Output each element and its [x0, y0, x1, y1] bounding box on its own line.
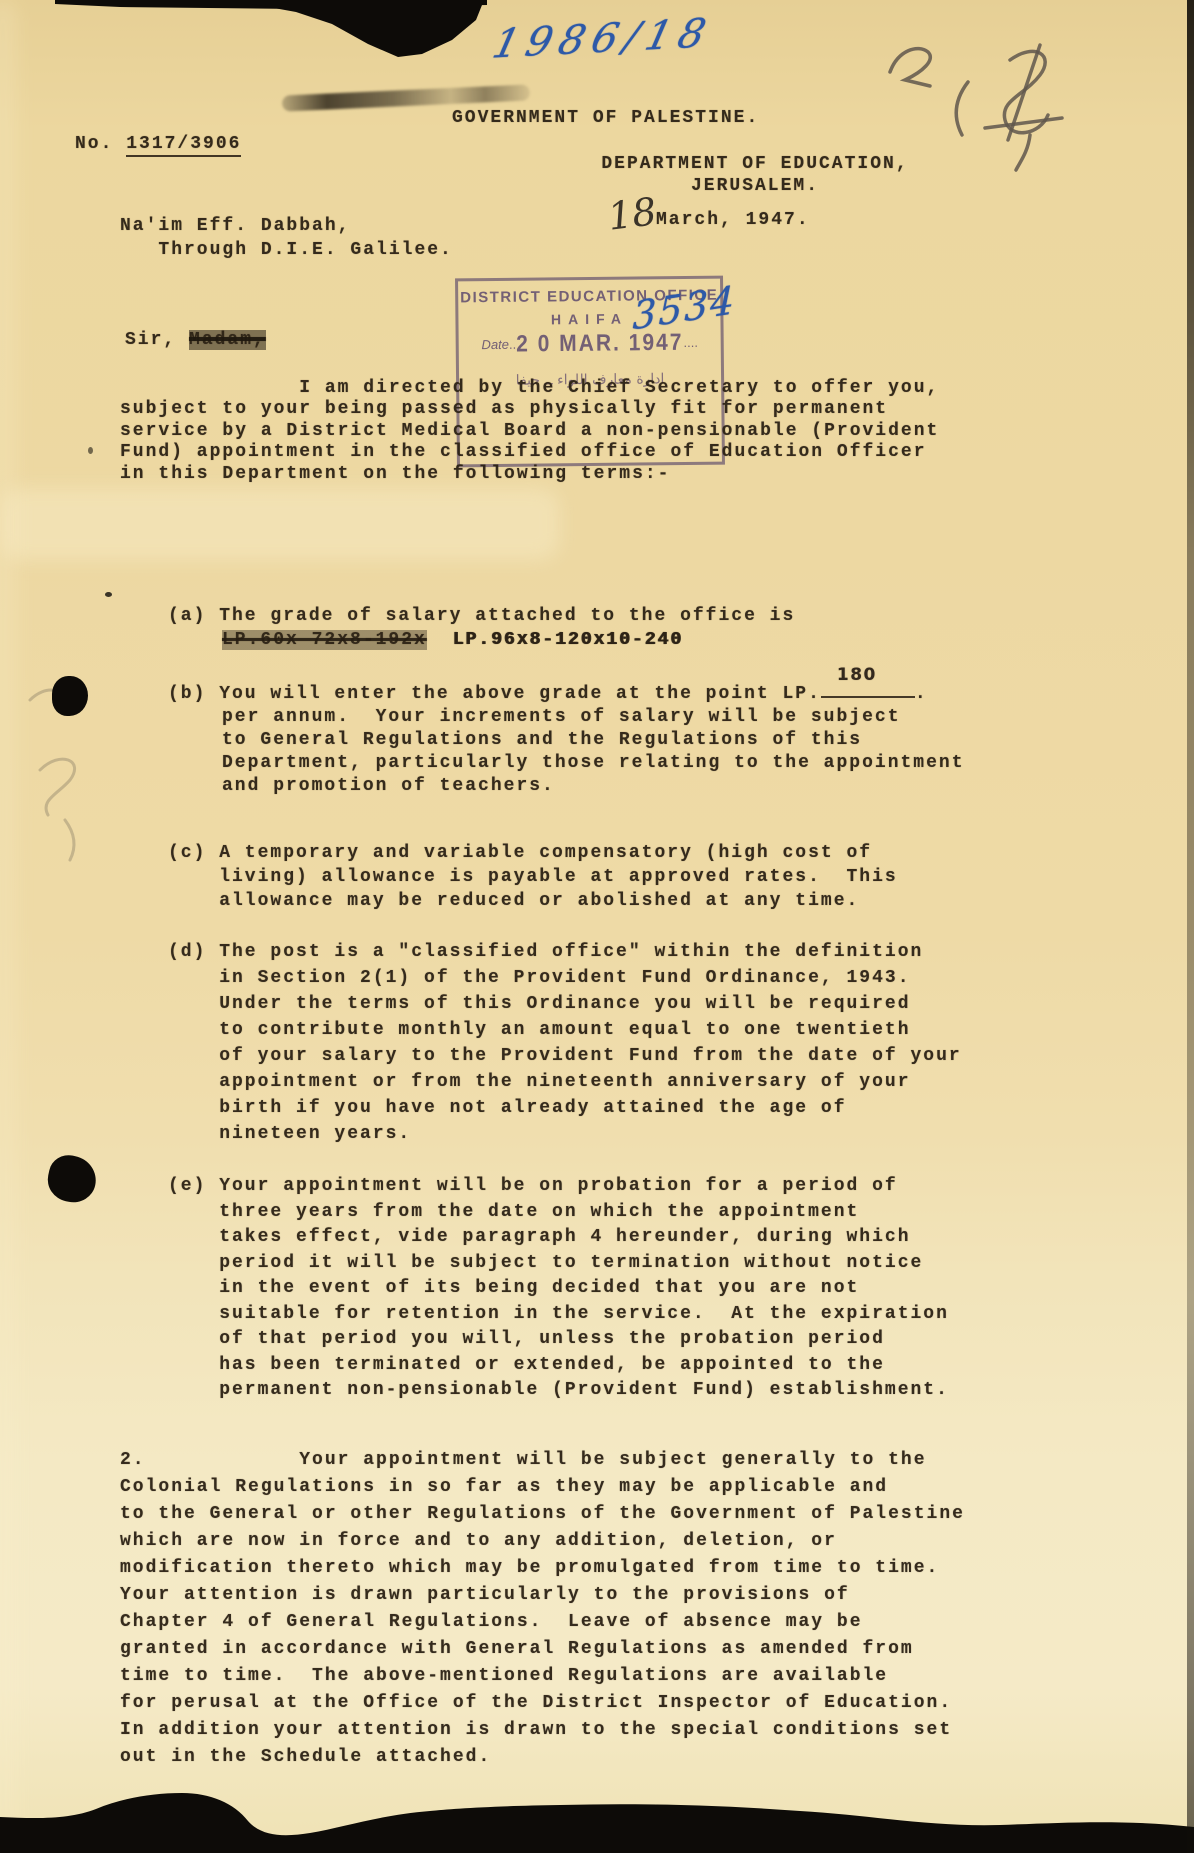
paper-light-band — [0, 488, 560, 560]
handwritten-file-number: 1986/18 — [488, 10, 717, 67]
ink-speck-1 — [105, 592, 112, 597]
term-b: (b) You will enter the above grade at th… — [168, 682, 965, 798]
stamp-date-dots-post: .... — [683, 335, 698, 350]
term-b-line1-text: (b) You will enter the above grade at th… — [168, 684, 821, 704]
term-b-line1-period: . — [915, 684, 928, 704]
margin-pencil-marks — [10, 680, 170, 880]
recipient-address: Na'im Eff. Dabbah, Through D.I.E. Galile… — [120, 214, 453, 262]
term-d: (d) The post is a "classified office" wi… — [168, 939, 962, 1147]
stamp-date-label: Date — [481, 337, 509, 352]
salary-point-blank: 180 — [821, 682, 915, 698]
ink-speck-2 — [88, 447, 93, 454]
handwritten-day: 18 — [605, 189, 658, 239]
term-a-scale: LP.96x8-120x10-240 — [452, 630, 682, 650]
term-b-rest: per annum. Your increments of salary wil… — [222, 706, 965, 798]
term-b-line1: (b) You will enter the above grade at th… — [168, 682, 965, 706]
government-header: GOVERNMENT OF PALESTINE. — [452, 106, 759, 130]
typed-date: March, 1947. — [656, 208, 810, 232]
salary-point-fill-in: 180 — [837, 664, 877, 687]
hole-punch-mark-1 — [52, 676, 88, 716]
document-page: 1986/18 GOVERNMENT OF PALESTINE. No. 131… — [0, 0, 1194, 1853]
file-number-value: 1317/3906 — [126, 134, 241, 157]
right-edge-shadow — [1187, 0, 1194, 1853]
department-line: DEPARTMENT OF EDUCATION, — [590, 153, 920, 175]
term-e: (e) Your appointment will be on probatio… — [168, 1174, 949, 1404]
bottom-torn-edge — [0, 1783, 1194, 1853]
salutation-prefix: Sir, — [125, 330, 189, 350]
file-number-line: No. 1317/3906 — [75, 132, 241, 156]
term-a-line1: (a) The grade of salary attached to the … — [168, 604, 795, 628]
paragraph-2: 2. Your appointment will be subject gene… — [120, 1447, 965, 1771]
term-c: (c) A temporary and variable compensator… — [168, 841, 898, 913]
term-a-struck-scale: LP.60x 72x8-192x — [222, 630, 427, 650]
term-a-line2: LP.60x 72x8-192x LP.96x8-120x10-240 — [222, 628, 795, 652]
salutation: Sir, Madam, — [125, 328, 266, 352]
paragraph-1: I am directed by the Chief Secretary to … — [120, 378, 939, 485]
hole-punch-mark-2 — [44, 1152, 101, 1207]
file-number-label: No. — [75, 134, 113, 154]
paper-light-left-strip — [0, 0, 16, 1853]
salutation-struck-word: Madam, — [189, 330, 266, 350]
stamp-date-line: Date..2 0 MAR. 1947.... — [459, 331, 721, 358]
term-a: (a) The grade of salary attached to the … — [168, 604, 795, 652]
